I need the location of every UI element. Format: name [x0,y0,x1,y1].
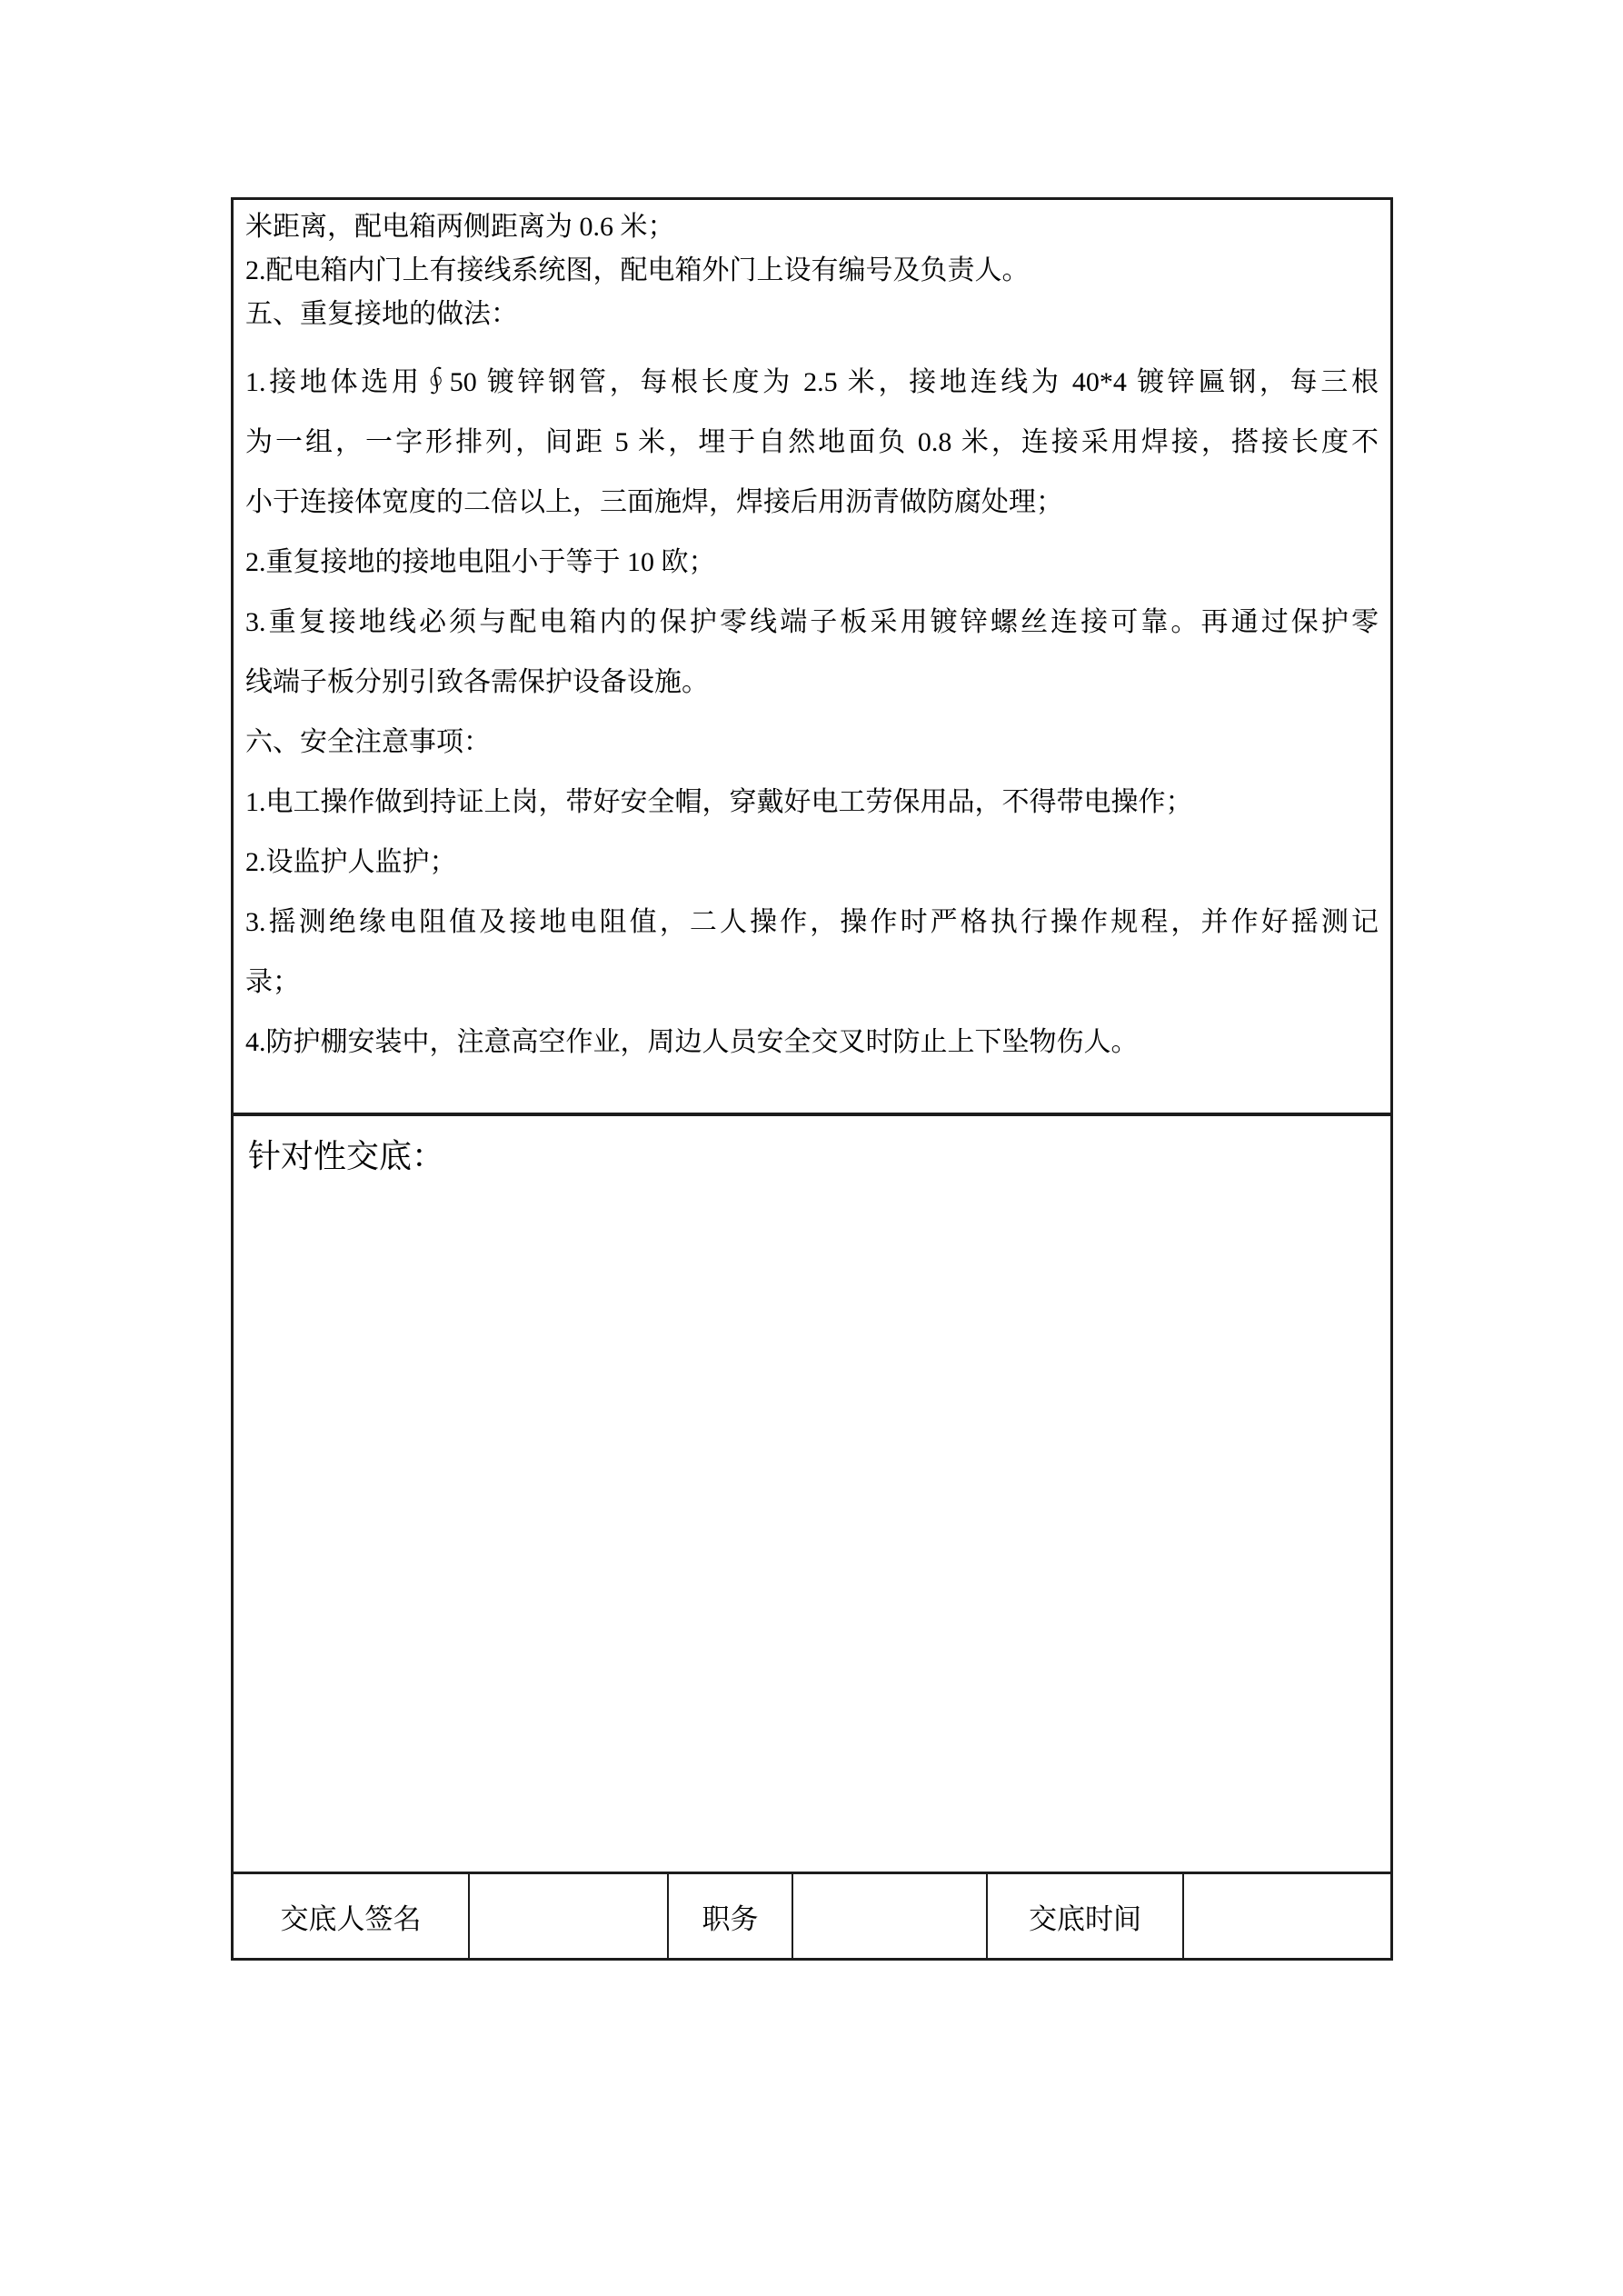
text-line: 2.配电箱内门上有接线系统图，配电箱外门上设有编号及负责人。 [245,249,1379,293]
text-line: 2.设监护人监护； [245,833,1379,893]
text-line: 小于连接体宽度的二倍以上，三面施焊，焊接后用沥青做防腐处理； [245,473,1379,533]
section-heading: 五、重复接地的做法： [245,293,1379,336]
text-line: 4.防护棚安装中，注意高空作业，周边人员安全交叉时防止上下坠物伤人。 [245,1013,1379,1073]
signature-row: 交底人签名 职务 交底时间 [234,1874,1390,1958]
text-line: 3.重复接地线必须与配电箱内的保护零线端子板采用镀锌螺丝连接可靠。再通过保护零 [245,593,1379,653]
section-heading: 六、安全注意事项： [245,713,1379,773]
text-line: 3.摇测绝缘电阻值及接地电阻值，二人操作，操作时严格执行操作规程，并作好摇测记 [245,893,1379,953]
position-field[interactable] [792,1874,986,1958]
text-line: 为一组，一字形排列，间距 5 米，埋于自然地面负 0.8 米，连接采用焊接，搭接… [245,413,1379,473]
briefing-time-field[interactable] [1182,1874,1390,1958]
briefing-content-cell: 米距离，配电箱两侧距离为 0.6 米； 2.配电箱内门上有接线系统图，配电箱外门… [234,200,1390,1116]
targeted-briefing-label: 针对性交底： [248,1136,1376,1176]
briefing-time-label-text: 交底时间 [1029,1896,1141,1937]
briefing-time-label: 交底时间 [986,1874,1182,1958]
text-line: 1.电工操作做到持证上岗，带好安全帽，穿戴好电工劳保用品，不得带电操作； [245,773,1379,833]
signer-signature-field[interactable] [468,1874,667,1958]
text-line: 米距离，配电箱两侧距离为 0.6 米； [245,205,1379,249]
text-line: 2.重复接地的接地电阻小于等于 10 欧； [245,533,1379,593]
signer-name-label: 交底人签名 [234,1874,468,1958]
text-line: 录； [245,953,1379,1013]
briefing-form-table: 米距离，配电箱两侧距离为 0.6 米； 2.配电箱内门上有接线系统图，配电箱外门… [231,197,1393,1961]
position-label-text: 职务 [702,1896,759,1937]
position-label: 职务 [667,1874,792,1958]
targeted-briefing-cell[interactable]: 针对性交底： [234,1116,1390,1874]
text-line: 1.接地体选用∮50 镀锌钢管，每根长度为 2.5 米，接地连线为 40*4 镀… [245,353,1379,413]
signer-name-label-text: 交底人签名 [281,1896,422,1937]
text-line: 线端子板分别引致各需保护设备设施。 [245,653,1379,713]
